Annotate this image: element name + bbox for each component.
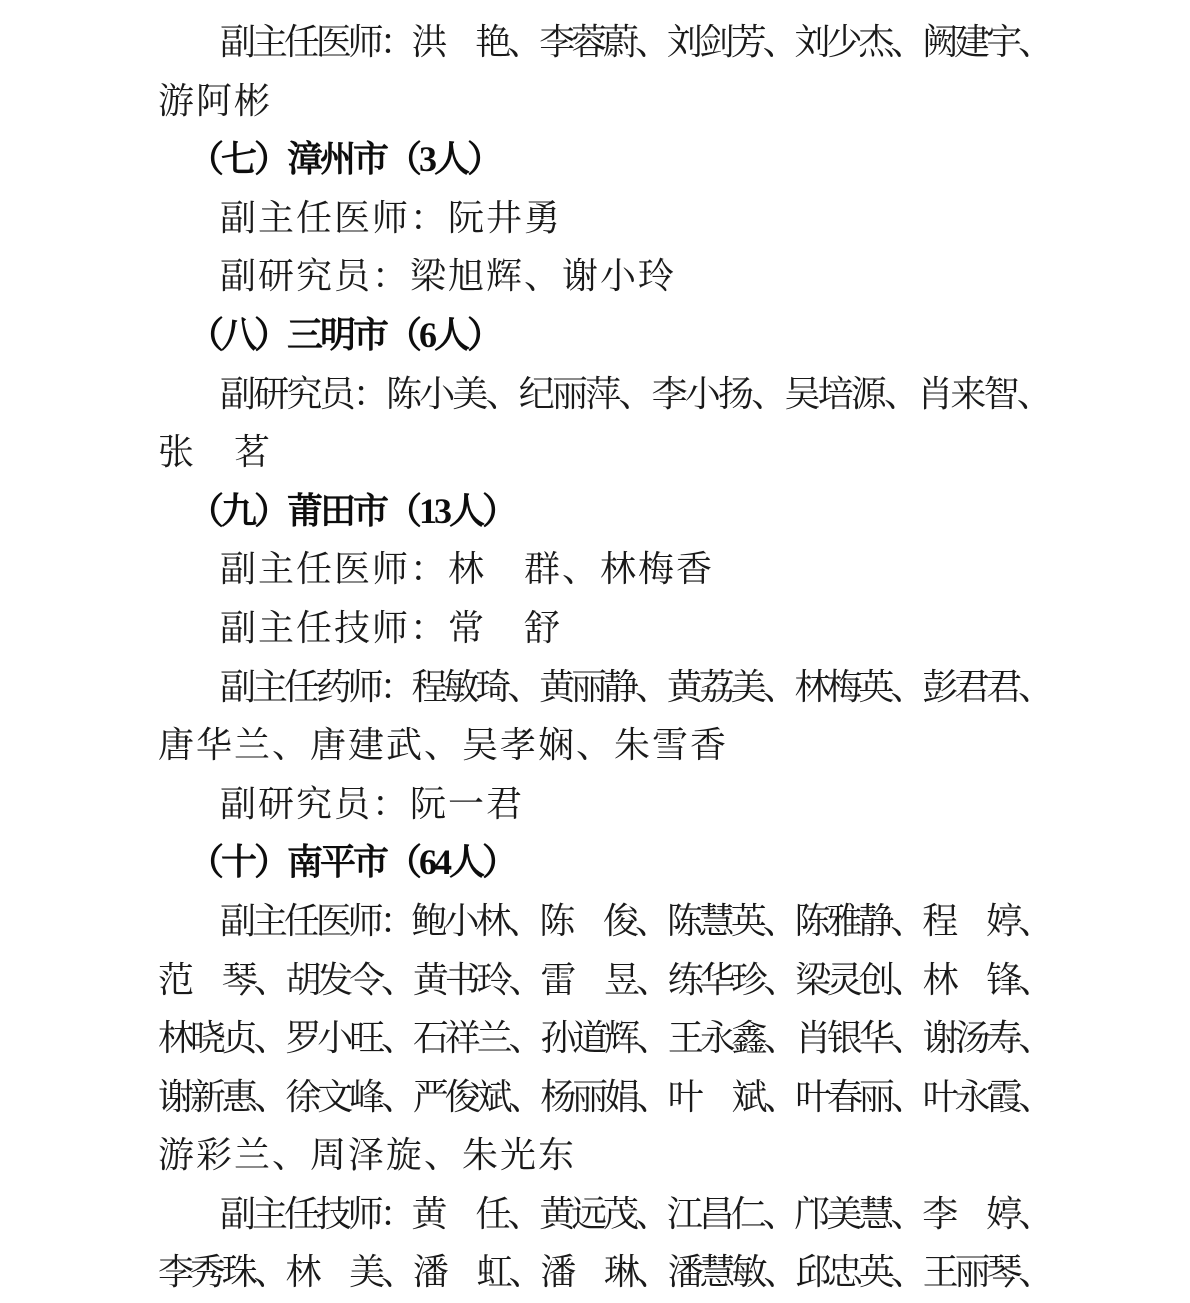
text-line: 副研究员：阮一君 bbox=[158, 775, 1050, 834]
text-line: 副研究员：梁旭辉、谢小玲 bbox=[158, 247, 1050, 306]
text-line: 副主任医师：鲍小林、陈 俊、陈慧英、陈雅静、程 婷、 bbox=[158, 892, 1050, 951]
text-line: 唐华兰、唐建武、吴孝娴、朱雪香 bbox=[158, 716, 1050, 775]
text-line: 谢新惠、徐文峰、严俊斌、杨丽娟、叶 斌、叶春丽、叶永霞、 bbox=[158, 1068, 1050, 1127]
text-line: 游阿彬 bbox=[158, 72, 1050, 131]
text-line: 副主任医师：林 群、林梅香 bbox=[158, 540, 1050, 599]
text-line: 李秀珠、林 美、潘 虹、潘 琳、潘慧敏、邱忠英、王丽琴、 bbox=[158, 1243, 1050, 1302]
text-line: 副主任技师：黄 任、黄远茂、江昌仁、邝美慧、李 婷、 bbox=[158, 1185, 1050, 1244]
text-line: 副研究员：陈小美、纪丽萍、李小扬、吴培源、肖来智、 bbox=[158, 365, 1050, 424]
document-text-block: 副主任医师：洪 艳、李蓉蔚、刘剑芳、刘少杰、阙建宇、游阿彬（七）漳州市（3人）副… bbox=[158, 13, 1050, 1302]
section-heading: （十）南平市（64人） bbox=[158, 833, 1050, 892]
text-line: 游彩兰、周泽旋、朱光东 bbox=[158, 1126, 1050, 1185]
text-line: 副主任医师：洪 艳、李蓉蔚、刘剑芳、刘少杰、阙建宇、 bbox=[158, 13, 1050, 72]
section-heading: （九）莆田市（13人） bbox=[158, 482, 1050, 541]
text-line: 林晓贞、罗小旺、石祥兰、孙道辉、王永鑫、肖银华、谢汤寿、 bbox=[158, 1009, 1050, 1068]
text-line: 范 琴、胡发令、黄书玲、雷 昱、练华珍、梁灵创、林 锋、 bbox=[158, 951, 1050, 1010]
section-heading: （八）三明市（6人） bbox=[158, 306, 1050, 365]
section-heading: （七）漳州市（3人） bbox=[158, 130, 1050, 189]
text-line: 副主任医师：阮井勇 bbox=[158, 189, 1050, 248]
text-line: 副主任技师：常 舒 bbox=[158, 599, 1050, 658]
text-line: 副主任药师：程敏琦、黄丽静、黄荔美、林梅英、彭君君、 bbox=[158, 658, 1050, 717]
text-line: 张 茗 bbox=[158, 423, 1050, 482]
